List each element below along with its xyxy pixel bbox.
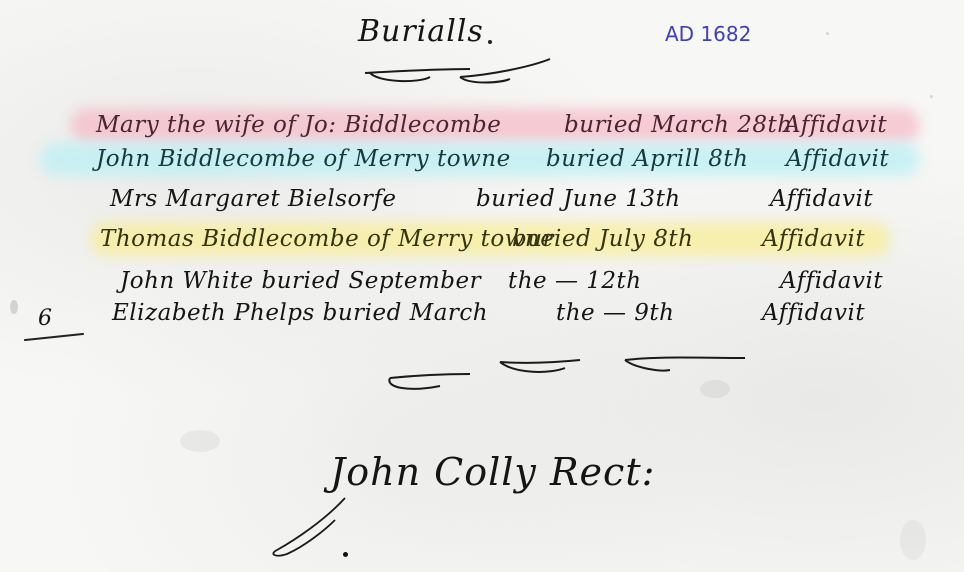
heading-flourish <box>360 55 560 95</box>
heading-dot <box>488 40 492 44</box>
entry-name: John White buried September <box>120 268 481 294</box>
parish-register-page: Burialls AD 1682 Mary the wife of Jo: Bi… <box>0 0 964 572</box>
entry-note: Affidavit <box>786 146 889 172</box>
paper-speck <box>826 32 829 35</box>
entry-count: 6 <box>38 306 52 331</box>
signature-dot <box>343 552 348 557</box>
closing-flourish <box>340 350 760 400</box>
entry-date: buried March 28th <box>564 112 793 138</box>
signature-flourish <box>265 490 355 560</box>
entry-name: John Biddlecombe of Merry towne <box>96 146 511 172</box>
paper-stain <box>900 520 926 560</box>
year-annotation: AD 1682 <box>665 22 751 46</box>
entry-note: Affidavit <box>770 186 873 212</box>
entry-name: Thomas Biddlecombe of Merry towne <box>100 226 554 252</box>
paper-stain <box>10 300 18 314</box>
rector-signature: John Colly Rect: <box>330 450 655 494</box>
entry-note: Affidavit <box>762 300 865 326</box>
entry-note: Affidavit <box>780 268 883 294</box>
entry-name: Mrs Margaret Bielsorfe <box>110 186 397 212</box>
entry-name: Elizabeth Phelps buried March <box>112 300 488 326</box>
entry-date: the — 12th <box>508 268 642 294</box>
paper-speck <box>930 95 933 98</box>
document-heading: Burialls <box>358 14 484 49</box>
entry-date: buried June 13th <box>476 186 681 212</box>
entry-note: Affidavit <box>762 226 865 252</box>
entry-date: buried Aprill 8th <box>546 146 748 172</box>
count-underline <box>24 333 84 341</box>
entry-date: the — 9th <box>556 300 674 326</box>
entry-date: buried July 8th <box>512 226 693 252</box>
entry-note: Affidavit <box>784 112 887 138</box>
entry-name: Mary the wife of Jo: Biddlecombe <box>96 112 501 138</box>
paper-stain <box>180 430 220 452</box>
